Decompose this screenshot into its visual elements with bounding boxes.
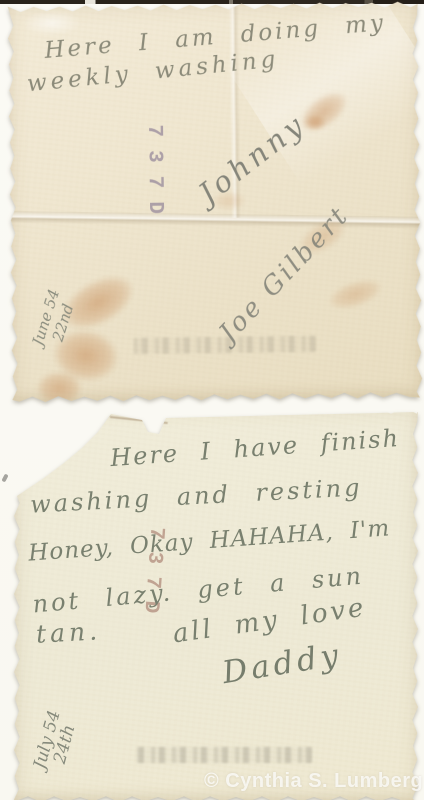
photo-paper-top: 737D Here I am doing my weekly washing J…	[8, 2, 423, 403]
torn-paper: 737D Here I have finish washing and rest…	[14, 408, 418, 800]
handwriting-line: tan.	[35, 616, 101, 648]
faint-stamp-impression	[136, 747, 312, 763]
scan-speck	[1, 474, 8, 483]
stamp-737d: 737D	[141, 113, 167, 239]
photo-back-top: 737D Here I am doing my weekly washing J…	[8, 2, 423, 403]
watermark-text: © Cynthia S. Lumberg	[204, 770, 422, 793]
photo-back-bottom: 737D Here I have finish washing and rest…	[14, 408, 418, 800]
photo-paper-bottom: 737D Here I have finish washing and rest…	[14, 408, 418, 800]
